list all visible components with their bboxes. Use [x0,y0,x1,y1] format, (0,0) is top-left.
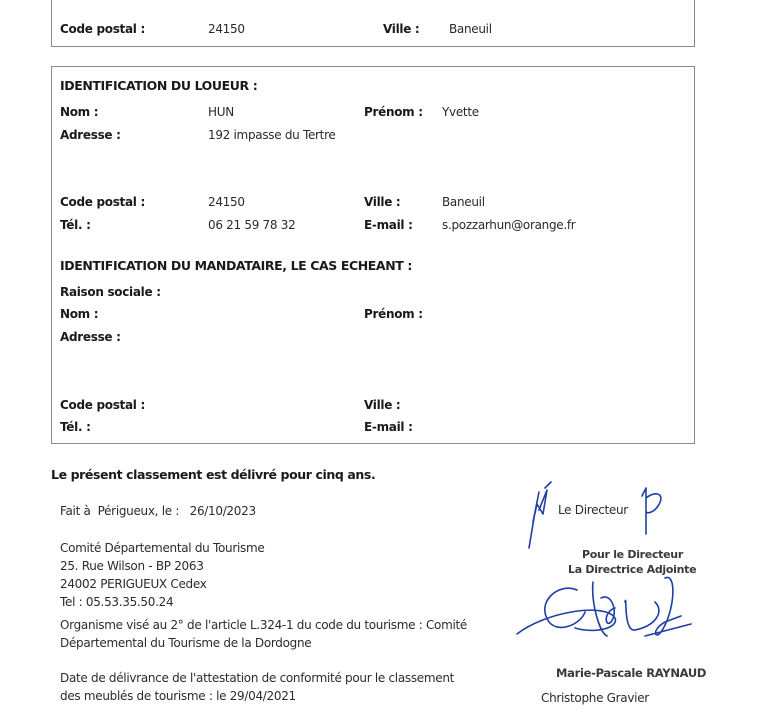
org-city: 24002 PERIGUEUX Cedex [60,577,207,591]
accommodation-address-box [51,0,695,47]
top-city-value: Baneuil [449,22,492,36]
loueur-tel-label: Tél. : [60,218,91,232]
loueur-city-label: Ville : [364,195,400,209]
loueur-postal-code-value: 24150 [208,195,245,209]
loueur-email-label: E-mail : [364,218,413,232]
organisme-line-2: Départemental du Tourisme de la Dordogne [60,636,311,650]
org-street: 25. Rue Wilson - BP 2063 [60,559,204,573]
attestation-line-1: Date de délivrance de l'attestation de c… [60,671,454,685]
mandataire-city-label: Ville : [364,398,400,412]
loueur-adresse-value: 192 impasse du Tertre [208,128,336,142]
director-title: Le Directeur [558,503,628,517]
owner-agent-identification-box [51,66,695,444]
mandataire-prenom-label: Prénom : [364,307,423,321]
top-postal-code-label: Code postal : [60,22,145,36]
mandataire-nom-label: Nom : [60,307,98,321]
mandataire-postal-code-label: Code postal : [60,398,145,412]
loueur-heading: IDENTIFICATION DU LOUEUR : [60,78,257,93]
director-name: Christophe Gravier [541,691,649,705]
initials-signature-icon [525,482,565,552]
loueur-prenom-label: Prénom : [364,105,423,119]
loueur-city-value: Baneuil [442,195,485,209]
stamp-line-1: Pour le Directeur [582,548,683,561]
mandataire-raison-sociale-label: Raison sociale : [60,285,161,299]
loueur-nom-value: HUN [208,105,234,119]
stamp-name: Marie-Pascale RAYNAUD [556,666,706,680]
mandataire-email-label: E-mail : [364,420,413,434]
org-name: Comité Départemental du Tourisme [60,541,264,555]
organisme-line-1: Organisme visé au 2° de l'article L.324-… [60,618,467,632]
deputy-director-signature-icon [515,572,695,652]
issued-place-date: Fait à Périgueux, le : 26/10/2023 [60,504,256,518]
loueur-email-value: s.pozzarhun@orange.fr [442,218,575,232]
org-tel: Tel : 05.53.35.50.24 [60,595,173,609]
loueur-prenom-value: Yvette [442,105,479,119]
loueur-adresse-label: Adresse : [60,128,121,142]
loueur-tel-value: 06 21 59 78 32 [208,218,295,232]
attestation-line-2: des meublés de tourisme : le 29/04/2021 [60,689,296,703]
top-city-label: Ville : [383,22,419,36]
top-postal-code-value: 24150 [208,22,245,36]
mandataire-tel-label: Tél. : [60,420,91,434]
loueur-nom-label: Nom : [60,105,98,119]
mandataire-heading: IDENTIFICATION DU MANDATAIRE, LE CAS ECH… [60,258,412,273]
validity-statement: Le présent classement est délivré pour c… [51,467,375,482]
director-signature-icon [632,484,672,544]
loueur-postal-code-label: Code postal : [60,195,145,209]
mandataire-adresse-label: Adresse : [60,330,121,344]
